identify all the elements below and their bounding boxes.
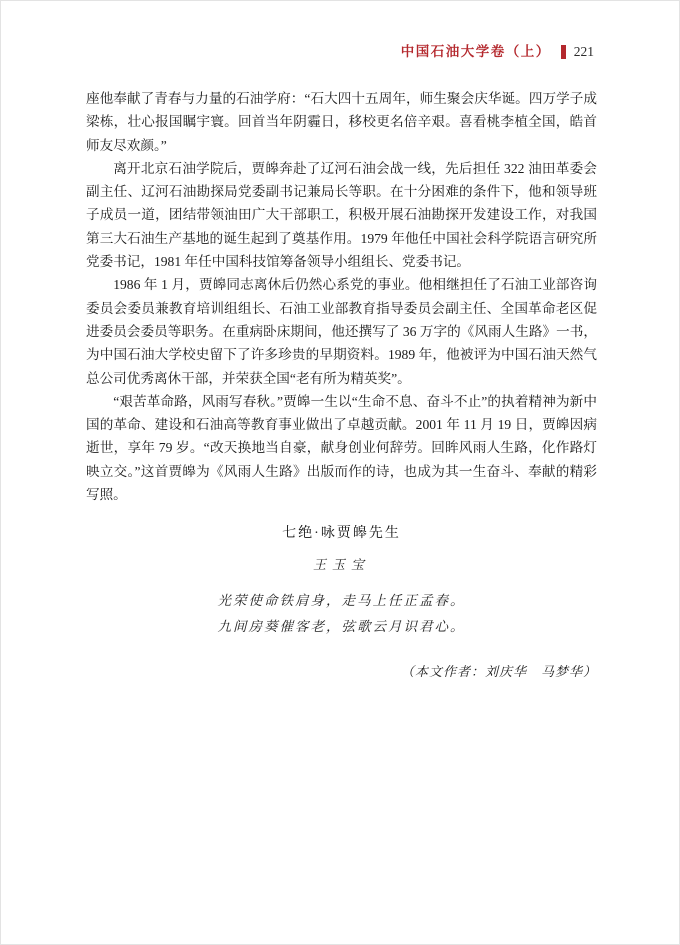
- poem-block: 七绝·咏贾皞先生 王玉宝 光荣使命铁肩身，走马上任正孟春。 九间房葵催客老，弦歌…: [86, 522, 597, 640]
- poem-line: 光荣使命铁肩身，走马上任正孟春。: [86, 588, 597, 614]
- page-number: 221: [574, 43, 594, 61]
- header-divider-bar: [561, 45, 566, 59]
- paragraph-retirement-work: 1986 年 1 月，贾皞同志离休后仍然心系党的事业。他相继担任了石油工业部咨询…: [86, 273, 597, 389]
- poem-line: 九间房葵催客老，弦歌云月识君心。: [86, 614, 597, 640]
- page-content: 座他奉献了青春与力量的石油学府：“石大四十五周年，师生聚会庆华诞。四万学子成梁栋…: [86, 87, 597, 684]
- poem-author: 王玉宝: [86, 554, 597, 576]
- paragraph-liaohe-career: 离开北京石油学院后，贾皞奔赴了辽河石油会战一线，先后担任 322 油田革委会副主…: [86, 157, 597, 273]
- paragraph-legacy: “艰苦革命路，风雨写春秋。”贾皞一生以“生命不息、奋斗不止”的执着精神为新中国的…: [86, 390, 597, 506]
- author-attribution: （本文作者：刘庆华 马梦华）: [86, 660, 597, 683]
- paragraph-poem-quote-continuation: 座他奉献了青春与力量的石油学府：“石大四十五周年，师生聚会庆华诞。四万学子成梁栋…: [86, 87, 597, 157]
- poem-title: 七绝·咏贾皞先生: [86, 522, 597, 546]
- journal-title: 中国石油大学卷（上）: [401, 43, 551, 61]
- running-header: 中国石油大学卷（上） 221: [401, 43, 594, 61]
- book-page: 中国石油大学卷（上） 221 座他奉献了青春与力量的石油学府：“石大四十五周年，…: [0, 0, 680, 945]
